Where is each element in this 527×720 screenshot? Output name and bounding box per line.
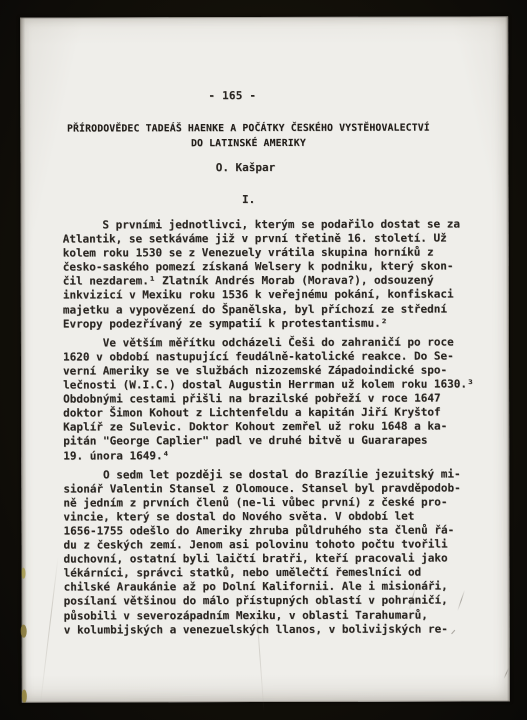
text-line: kolem roku 1530 se z Venezuely vrátila s…: [63, 246, 487, 261]
text-line: česko-saského pomezí získaná Welsery k p…: [63, 260, 487, 275]
page-number: - 165 -: [20, 89, 444, 103]
text-line: du z českých zemí. Jenom asi polovinu to…: [63, 537, 487, 552]
author-name: O. Kašpar: [20, 160, 470, 174]
text-line: lékárníci, správci statků, nebo umělečtí…: [64, 566, 488, 581]
text-line: vincie, který se dostal do Nového světa.…: [63, 509, 487, 524]
scanner-background: - 165 - PŘÍRODOVĚDEC TADEÁŠ HAENKE A POČ…: [0, 0, 527, 720]
binding-mark: [22, 690, 27, 703]
text-line: Evropy podezřívaný ze sympatií k protest…: [63, 316, 487, 331]
document-title: PŘÍRODOVĚDEC TADEÁŠ HAENKE A POČÁTKY ČES…: [20, 120, 476, 151]
text-line: sionář Valentin Stansel z Olomouce. Stan…: [63, 481, 487, 496]
scanned-page: - 165 - PŘÍRODOVĚDEC TADEÁŠ HAENKE A POČ…: [20, 16, 510, 702]
text-line: čil nezdarem.¹ Zlatník Andrés Morab (Mor…: [63, 274, 487, 289]
text-line: Obdobnými cestami přišli na brazilské po…: [63, 392, 487, 407]
page-edge-shadow-left: [20, 18, 27, 703]
paragraph: O sedm let později se dostal do Brazílie…: [63, 467, 487, 637]
text-line: 19. února 1649.⁴: [63, 448, 487, 463]
text-line: 1656-1755 odešlo do Ameriky zhruba půldr…: [63, 523, 487, 538]
section-heading: I.: [21, 192, 477, 206]
title-line-1: PŘÍRODOVĚDEC TADEÁŠ HAENKE A POČÁTKY ČES…: [20, 120, 476, 136]
document-body: S prvními jednotlivci, kterým se podařil…: [63, 217, 488, 642]
text-line: posílaní většinou do málo přístupných ob…: [64, 594, 488, 609]
text-line: 1620 v období nastupující feudálně-katol…: [63, 349, 487, 364]
text-line: Ve větším měřítku odcházeli Češi do zahr…: [63, 335, 487, 350]
text-line: duchovní, ostatní byli laičtí bratři, kt…: [64, 552, 488, 567]
text-line: verní Ameriky se ve službách nizozemské …: [63, 363, 487, 378]
text-line: Kaplíř ze Sulevic. Doktor Kohout zemřel …: [63, 420, 487, 435]
text-line: ně jedním z prvních členů (ne-li vůbec p…: [63, 495, 487, 510]
paper-fold: [40, 556, 59, 705]
text-line: inkvizicí v Mexiku roku 1536 k veřejnému…: [63, 288, 487, 303]
text-line: působili v severozápadním Mexiku, v obla…: [64, 608, 488, 623]
paragraph: S prvními jednotlivci, kterým se podařil…: [63, 217, 487, 331]
text-line: doktor Šimon Kohout z Lichtenfeldu a kap…: [63, 406, 487, 421]
text-line: lečnosti (W.I.C.) dostal Augustin Herrma…: [63, 377, 487, 392]
binding-mark: [22, 568, 26, 579]
text-line: pitán "George Caplier" padl ve druhé bit…: [63, 434, 487, 449]
text-line: O sedm let později se dostal do Brazílie…: [63, 467, 487, 482]
paragraph: Ve větším měřítku odcházeli Češi do zahr…: [63, 335, 487, 463]
text-line: majetku a vypovězení do Španělska, byl p…: [63, 302, 487, 317]
text-line: chilské Araukánie až po Dolní Kalifornii…: [64, 580, 488, 595]
text-line: S prvními jednotlivci, kterým se podařil…: [63, 217, 487, 232]
page-edge-shadow-right: [505, 16, 510, 701]
text-line: v kolumbijských a venezuelských llanos, …: [64, 622, 488, 637]
text-line: Atlantik, se setkáváme již v první třeti…: [63, 232, 487, 247]
binding-mark: [21, 625, 27, 638]
title-line-2: DO LATINSKÉ AMERIKY: [20, 135, 476, 151]
